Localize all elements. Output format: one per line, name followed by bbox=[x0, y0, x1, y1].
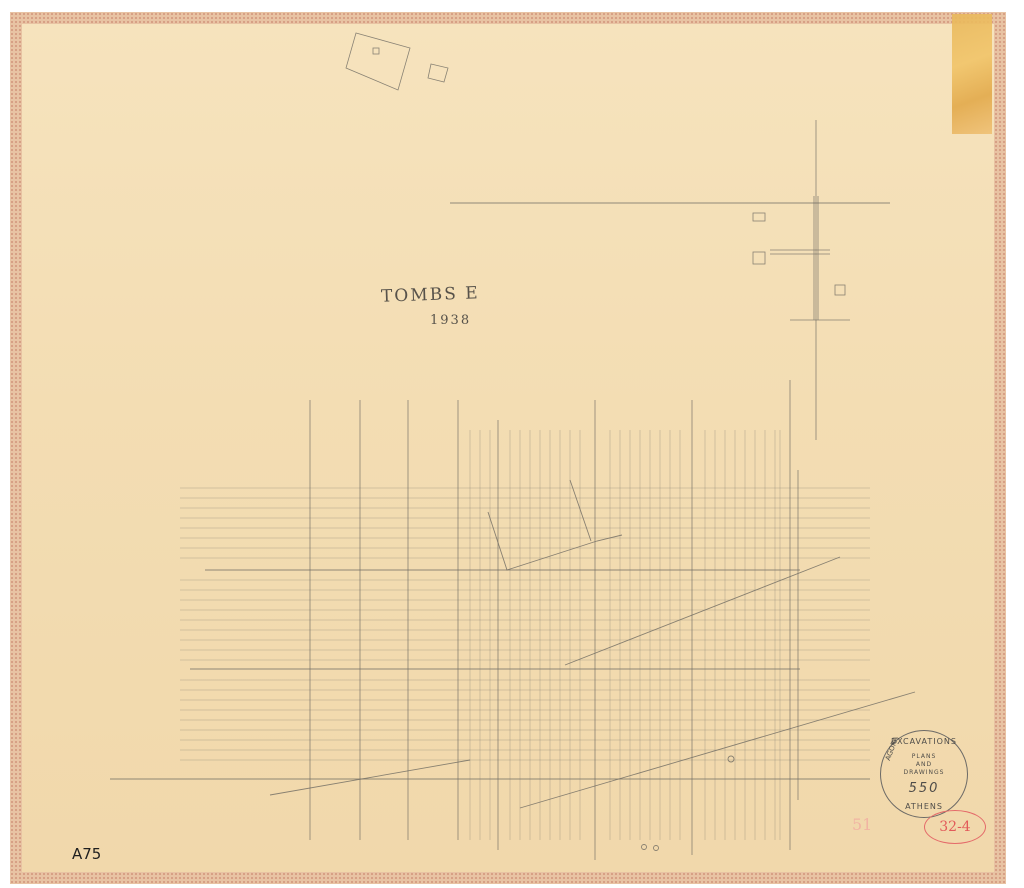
title-annotation: TOMBS E bbox=[381, 283, 480, 306]
stamp-line-1: PLANS bbox=[881, 753, 967, 761]
horizontal-grid-lines bbox=[180, 488, 870, 760]
reference-mark: 32-4 bbox=[924, 810, 986, 844]
stamp-line-3: DRAWINGS bbox=[881, 769, 967, 777]
faint-red-mark: 51 bbox=[852, 815, 872, 834]
main-horizontal-lines bbox=[110, 203, 890, 779]
sheet-label: A75 bbox=[72, 845, 101, 863]
section-profile-lines bbox=[270, 480, 915, 851]
stamp-center: PLANS AND DRAWINGS bbox=[881, 753, 967, 777]
year-annotation: 1938 bbox=[430, 313, 471, 328]
stamp-line-2: AND bbox=[881, 761, 967, 769]
tomb-plan-sketch bbox=[346, 33, 850, 320]
stamp-number: 550 bbox=[881, 781, 967, 796]
main-vertical-lines bbox=[310, 120, 816, 860]
agora-excavations-stamp: EXCAVATIONS AGORA PLANS AND DRAWINGS 550… bbox=[880, 730, 968, 818]
pencil-drawing bbox=[0, 0, 1024, 888]
